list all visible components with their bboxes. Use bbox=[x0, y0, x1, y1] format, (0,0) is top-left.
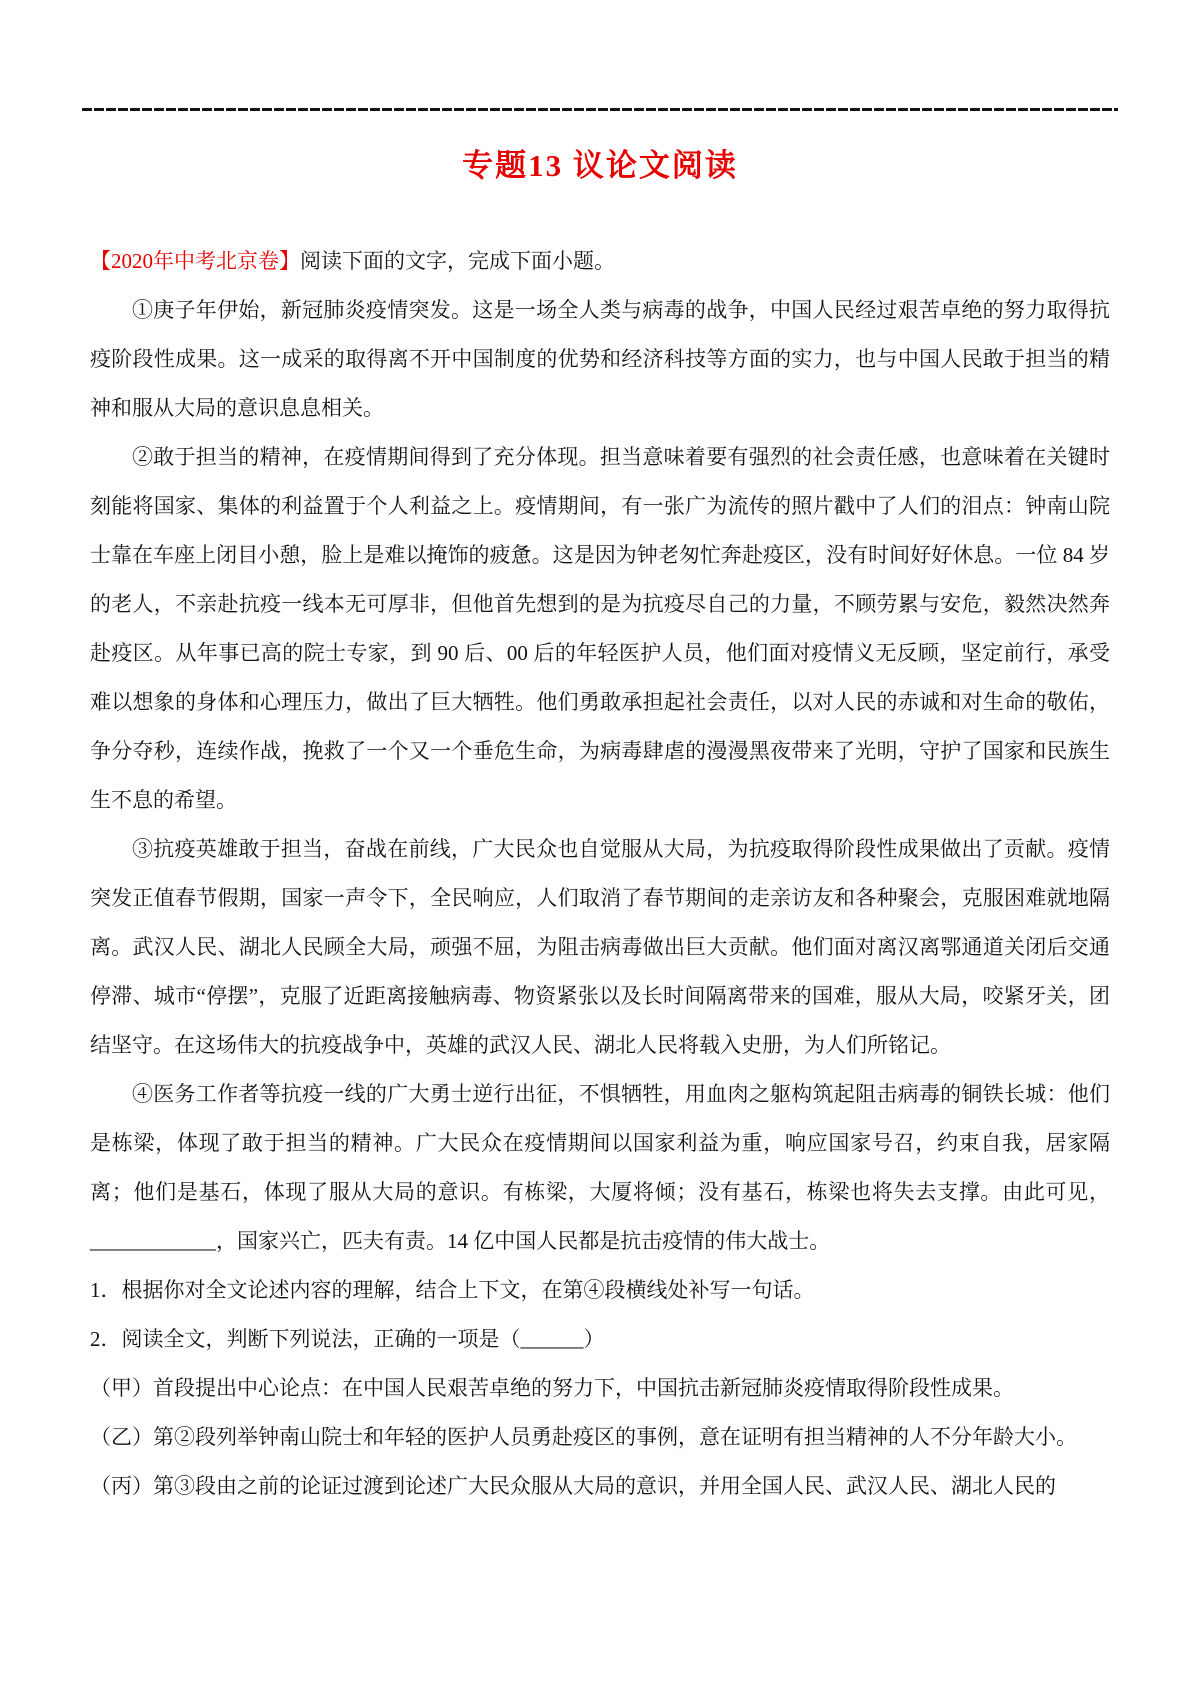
page-title: 专题13 议论文阅读 bbox=[0, 140, 1200, 185]
top-divider bbox=[82, 108, 1118, 111]
essay-paragraph-3: ③抗疫英雄敢于担当，奋战在前线，广大民众也自觉服从大局，为抗疫取得阶段性成果做出… bbox=[90, 825, 1110, 1070]
exam-source-tag: 【2020年中考北京卷】 bbox=[90, 249, 300, 273]
document-page: 专题13 议论文阅读 【2020年中考北京卷】阅读下面的文字，完成下面小题。 ①… bbox=[0, 0, 1200, 1698]
question-1: 1．根据你对全文论述内容的理解，结合上下文，在第④段横线处补写一句话。 bbox=[90, 1266, 1110, 1315]
question-2-option-jia: （甲）首段提出中心论点：在中国人民艰苦卓绝的努力下，中国抗击新冠肺炎疫情取得阶段… bbox=[90, 1364, 1110, 1413]
essay-paragraph-1: ①庚子年伊始，新冠肺炎疫情突发。这是一场全人类与病毒的战争，中国人民经过艰苦卓绝… bbox=[90, 286, 1110, 433]
document-body: 【2020年中考北京卷】阅读下面的文字，完成下面小题。 ①庚子年伊始，新冠肺炎疫… bbox=[90, 237, 1110, 1511]
question-2: 2．阅读全文，判断下列说法，正确的一项是（______） bbox=[90, 1315, 1110, 1364]
essay-paragraph-2: ②敢于担当的精神，在疫情期间得到了充分体现。担当意味着要有强烈的社会责任感，也意… bbox=[90, 433, 1110, 825]
intro-line: 【2020年中考北京卷】阅读下面的文字，完成下面小题。 bbox=[90, 237, 1110, 286]
question-2-option-yi: （乙）第②段列举钟南山院士和年轻的医护人员勇赴疫区的事例，意在证明有担当精神的人… bbox=[90, 1413, 1110, 1462]
essay-paragraph-4: ④医务工作者等抗疫一线的广大勇士逆行出征，不惧牺牲，用血肉之躯构筑起阻击病毒的铜… bbox=[90, 1070, 1110, 1266]
question-2-option-bing: （丙）第③段由之前的论证过渡到论述广大民众服从大局的意识，并用全国人民、武汉人民… bbox=[90, 1462, 1110, 1511]
intro-text: 阅读下面的文字，完成下面小题。 bbox=[300, 249, 615, 273]
